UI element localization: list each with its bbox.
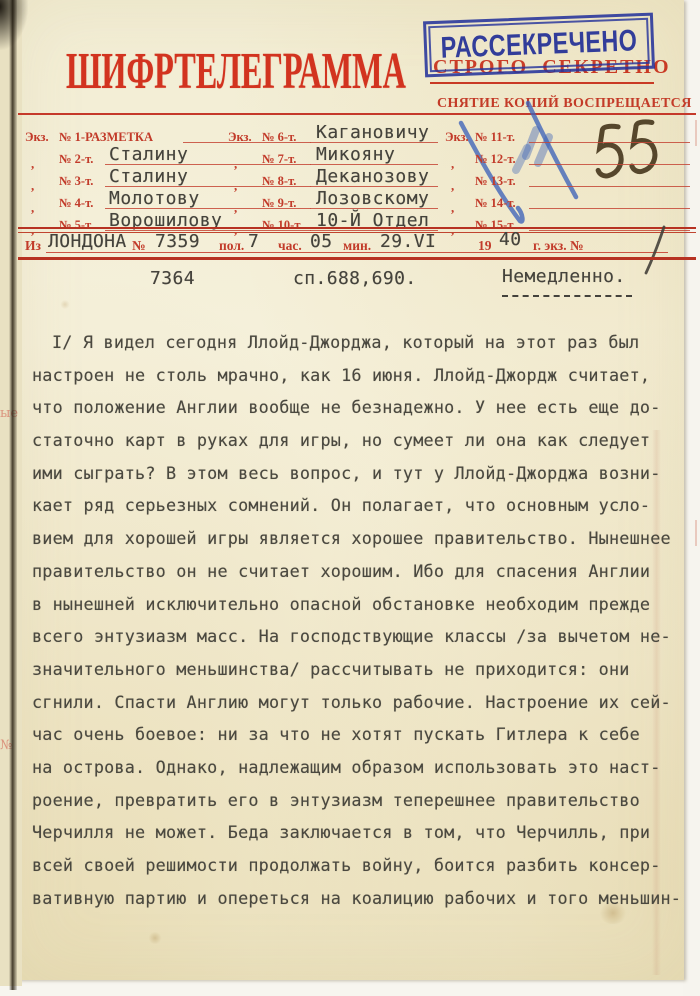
year-value: 40 (499, 229, 521, 250)
body-line: сгнили. Спасти Англию могут только рабоч… (32, 686, 692, 719)
urgency-note: Немедленно. (502, 266, 626, 287)
recipient-name: Молотову (109, 188, 200, 209)
copy-number-label: № 14-т. (475, 196, 516, 211)
horizontal-rule (18, 227, 696, 229)
edge-artifact (695, 520, 697, 546)
paper-stain (148, 932, 162, 944)
stamp-text: РАССЕКРЕЧЕНО (440, 24, 638, 66)
copy-number-label: № 4-т. (59, 196, 93, 211)
copy-number-label: № 13-т. (475, 174, 516, 189)
ekz-label: Экз. (445, 130, 469, 145)
distribution-column-2: Экз. № 6-т. Кагановичу , № 7-т. Микояну … (228, 126, 440, 238)
urgency-underline (502, 295, 632, 297)
body-line: кает ряд серьезных сомнений. Он полагает… (32, 489, 692, 522)
dark-corner-artifact (0, 0, 28, 50)
paper-stain (60, 300, 70, 309)
copy-number-label: № 2-т. (59, 152, 93, 167)
copy-number-label: № 6-т. (262, 130, 296, 145)
body-line: в нынешней исключительно опасной обстано… (32, 588, 692, 621)
distribution-table: Экз. № 1-РАЗМЕТКА , № 2-т. Сталину , № 3… (0, 126, 700, 238)
copy-number-label: № 12-т. (475, 152, 516, 167)
recipient-name: Лозовскому (316, 188, 429, 209)
copy-number-label: № 3-т. (59, 174, 93, 189)
body-line: всей своей решимости продолжать войну, б… (32, 849, 692, 882)
outgoing-number: 7364 (150, 268, 195, 289)
recipient-name: Кагановичу (316, 122, 429, 143)
recipient-name: Сталину (109, 144, 188, 165)
distribution-row: , № 14-т. (445, 192, 692, 214)
fill-line (529, 208, 690, 209)
hour-value: 05 (310, 231, 332, 252)
recipient-name: Деканозову (316, 166, 429, 187)
body-line: правительство он не считает хорошим. Ибо… (32, 555, 692, 588)
body-line: ими сыграть? В этом весь вопрос, и тут у… (32, 457, 692, 490)
recipient-name: Микояну (316, 144, 395, 165)
handwritten-ekz-number (640, 224, 670, 276)
telegram-body: I/ Я видел сегодня Ллойд-Джорджа, которы… (32, 326, 692, 914)
body-line: статочно карт в руках для игры, но сумее… (32, 424, 692, 457)
recipient-name: Сталину (109, 166, 188, 187)
body-line: на острова. Однако, надлежащим образом и… (32, 751, 692, 784)
copy-number-label: № 8-т. (262, 174, 296, 189)
body-line: что положение Англии вообще не безнадежн… (32, 391, 692, 424)
ditto-mark: , (234, 222, 237, 238)
horizontal-rule (18, 257, 696, 260)
body-line: I/ Я видел сегодня Ллойд-Джорджа, которы… (32, 326, 692, 359)
telegram-title: ШИФРТЕЛЕГРАММА (66, 42, 406, 101)
distribution-column-3: Экз. № 11-т. , № 12-т. , № 13-т. , № 14-… (445, 126, 692, 238)
date-value: 29.VI (380, 231, 436, 252)
body-line: вием для хорошей игры является хорошее п… (32, 522, 692, 555)
ekz-label: Экз. (25, 130, 49, 145)
telegram-number: 7359 (155, 231, 200, 252)
fill-line (529, 164, 690, 165)
copy-number-label: № 1-РАЗМЕТКА (59, 130, 153, 145)
origin-city: ЛОНДОНА (48, 231, 127, 252)
declassified-stamp: РАССЕКРЕЧЕНО (423, 13, 655, 78)
copy-number-label: № 7-т. (262, 152, 296, 167)
distribution-row: , № 12-т. (445, 148, 692, 170)
distribution-row: , № 13-т. (445, 170, 692, 192)
from-label: Из (25, 238, 41, 254)
copy-number-label: № 9-т. (262, 196, 296, 211)
fill-line (529, 142, 690, 143)
secret-underline (430, 82, 654, 84)
stamp-inner-border: РАССЕКРЕЧЕНО (428, 18, 650, 72)
body-line: всего энтузиазм масс. На господствующие … (32, 620, 692, 653)
distribution-row: Экз. № 11-т. (445, 126, 692, 148)
fill-line (529, 186, 690, 187)
body-line: значительного меньшинства/ рассчитывать … (32, 653, 692, 686)
body-line: вативную партию и опереться на коалицию … (32, 882, 692, 915)
body-line: Черчилля не может. Беда заключается в то… (32, 816, 692, 849)
scanned-telegram-page: ые № ШИФРТЕЛЕГРАММА СТРОГО СЕКРЕТНО РАСС… (0, 0, 700, 996)
ekz-label: Экз. (228, 130, 252, 145)
ditto-mark: , (31, 222, 34, 238)
body-line: час очень боевое: ни за что не хотят пус… (32, 718, 692, 751)
received-day: 7 (248, 231, 259, 252)
ditto-mark: , (451, 222, 454, 238)
copy-number-label: № 11-т. (475, 130, 515, 145)
sp-reference: сп.688,690. (293, 268, 417, 289)
fill-line (46, 252, 668, 253)
body-line: настроен не столь мрачно, как 16 июня. Л… (32, 359, 692, 392)
body-line: роение, превратить его в энтузиазм тепер… (32, 784, 692, 817)
